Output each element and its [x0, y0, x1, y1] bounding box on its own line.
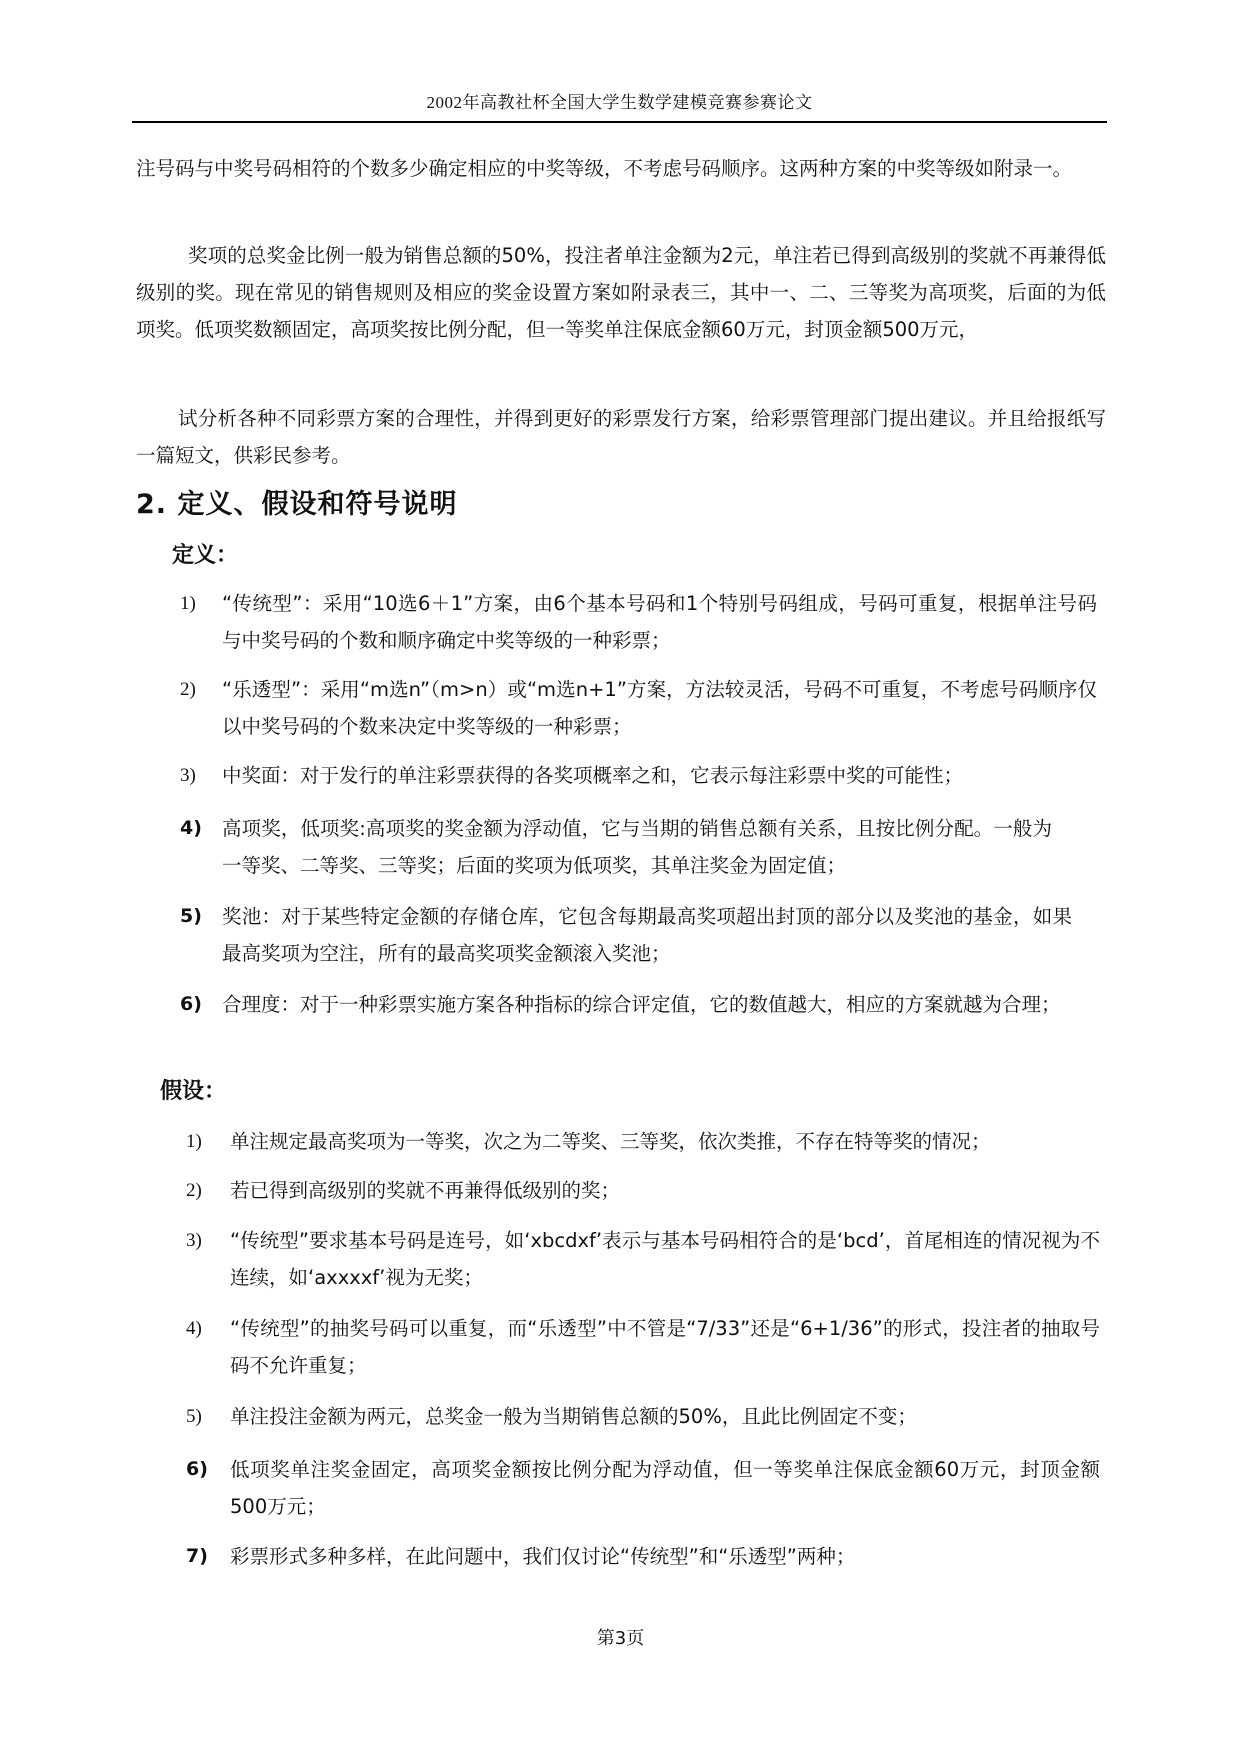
item-text: 低项奖单注奖金固定，高项奖金额按比例分配为浮动值，但一等奖单注保底金额60万元，…: [230, 1451, 1100, 1525]
definitions-title: 定义：: [172, 538, 238, 569]
item-text: 奖池：对于某些特定金额的存储仓库，它包含每期最高奖项超出封顶的部分以及奖池的基金…: [222, 898, 1072, 972]
item-text: “传统型”的抽奖号码可以重复，而“乐透型”中不管是“7/33”还是“6+1/36…: [230, 1310, 1100, 1384]
item-text: “传统型”要求基本号码是连号，如‘xbcdxf’表示与基本号码相符合的是‘bcd…: [230, 1222, 1100, 1296]
item-text: 中奖面：对于发行的单注彩票获得的各奖项概率之和，它表示每注彩票中奖的可能性；: [222, 757, 1097, 794]
item-number: 3): [186, 1222, 202, 1259]
item-text: 单注规定最高奖项为一等奖，次之为二等奖、三等奖，依次类推，不存在特等奖的情况；: [230, 1123, 1100, 1160]
header-divider: [132, 121, 1107, 123]
page-number: 第3页: [0, 1624, 1241, 1650]
assumptions-title: 假设：: [160, 1074, 226, 1105]
item-number: 1): [186, 1123, 202, 1160]
item-number: 6): [186, 1451, 208, 1488]
item-text: 高项奖，低项奖:高项奖的奖金额为浮动值，它与当期的销售总额有关系，且按比例分配。…: [222, 810, 1052, 884]
item-number: 1): [180, 585, 196, 622]
item-number: 3): [180, 757, 196, 794]
item-number: 5): [180, 898, 202, 935]
item-number: 7): [186, 1538, 208, 1575]
item-text: 彩票形式多种多样，在此问题中，我们仅讨论“传统型”和“乐透型”两种；: [230, 1538, 1100, 1575]
item-number: 2): [186, 1172, 202, 1209]
item-number: 2): [180, 671, 196, 708]
item-text: “传统型”：采用“10选6＋1”方案，由6个基本号码和1个特别号码组成，号码可重…: [222, 585, 1097, 659]
item-text: 若已得到高级别的奖就不再兼得低级别的奖；: [230, 1172, 1100, 1209]
item-text: “乐透型”：采用“m选n”（m>n）或“m选n+1”方案，方法较灵活，号码不可重…: [222, 671, 1097, 745]
item-text: 合理度：对于一种彩票实施方案各种指标的综合评定值，它的数值越大，相应的方案就越为…: [222, 986, 1097, 1023]
item-number: 4): [186, 1310, 202, 1347]
paragraph-prize-ratio: 奖项的总奖金比例一般为销售总额的50%，投注者单注金额为2元，单注若已得到高级别…: [136, 237, 1106, 348]
paragraph-task: 试分析各种不同彩票方案的合理性，并得到更好的彩票发行方案，给彩票管理部门提出建议…: [136, 400, 1106, 474]
running-header: 2002年高教社杯全国大学生数学建模竞赛参赛论文: [132, 88, 1107, 113]
section-title: 2. 定义、假设和符号说明: [136, 482, 457, 521]
paragraph-continuation: 注号码与中奖号码相符的个数多少确定相应的中奖等级，不考虑号码顺序。这两种方案的中…: [136, 150, 1106, 187]
item-number: 6): [180, 986, 202, 1023]
item-text: 单注投注金额为两元，总奖金一般为当期销售总额的50%，且此比例固定不变；: [230, 1398, 1100, 1435]
item-number: 4): [180, 810, 202, 847]
item-number: 5): [186, 1398, 202, 1435]
